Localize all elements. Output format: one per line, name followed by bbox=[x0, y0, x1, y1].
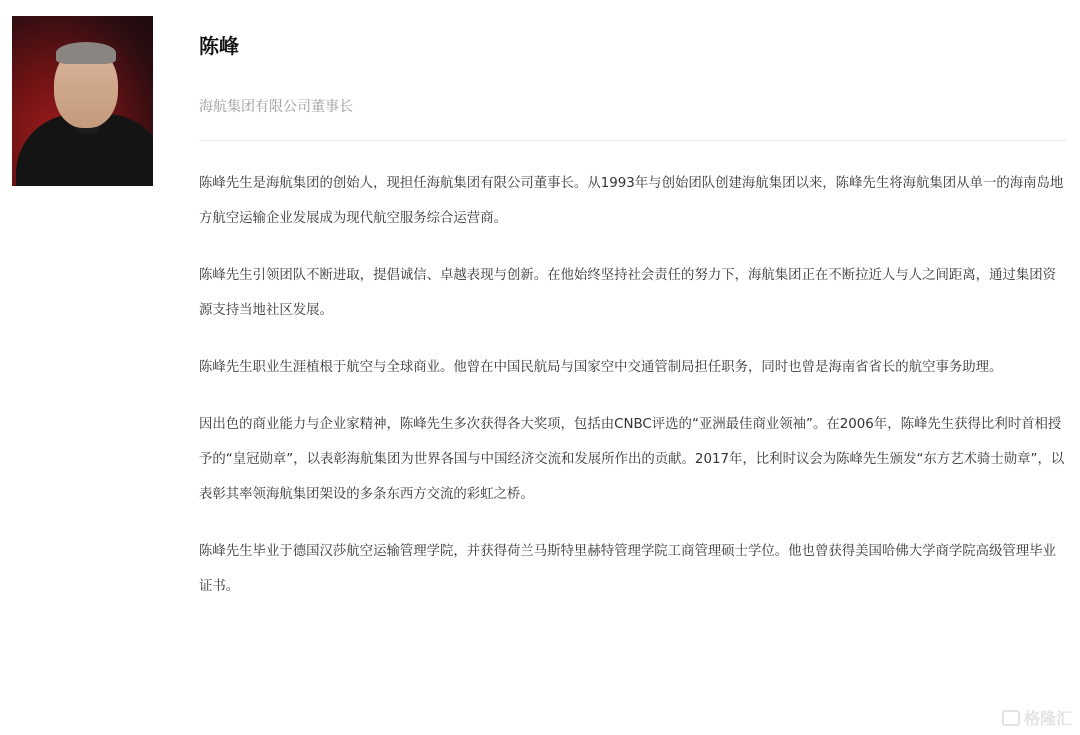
bio-paragraph: 陈峰先生职业生涯植根于航空与全球商业。他曾在中国民航局与国家空中交通管制局担任职… bbox=[199, 350, 1069, 385]
bio-paragraph: 因出色的商业能力与企业家精神，陈峰先生多次获得各大奖项，包括由CNBC评选的“亚… bbox=[199, 407, 1069, 512]
bio-paragraph: 陈峰先生是海航集团的创始人，现担任海航集团有限公司董事长。从1993年与创始团队… bbox=[199, 166, 1069, 236]
portrait-hair bbox=[56, 42, 116, 64]
divider bbox=[199, 140, 1066, 141]
bio-paragraph: 陈峰先生引领团队不断进取，提倡诚信、卓越表现与创新。在他始终坚持社会责任的努力下… bbox=[199, 258, 1069, 328]
bio-paragraph: 陈峰先生毕业于德国汉莎航空运输管理学院，并获得荷兰马斯特里赫特管理学院工商管理硕… bbox=[199, 534, 1069, 604]
person-name: 陈峰 bbox=[199, 30, 239, 59]
person-title: 海航集团有限公司董事长 bbox=[199, 96, 353, 116]
portrait-photo bbox=[12, 16, 153, 186]
watermark-text: 格隆汇 bbox=[1024, 706, 1072, 729]
gelonghui-logo-icon bbox=[1002, 710, 1020, 726]
bio-section: 陈峰先生是海航集团的创始人，现担任海航集团有限公司董事长。从1993年与创始团队… bbox=[199, 166, 1069, 626]
watermark: 格隆汇 bbox=[1002, 706, 1072, 729]
